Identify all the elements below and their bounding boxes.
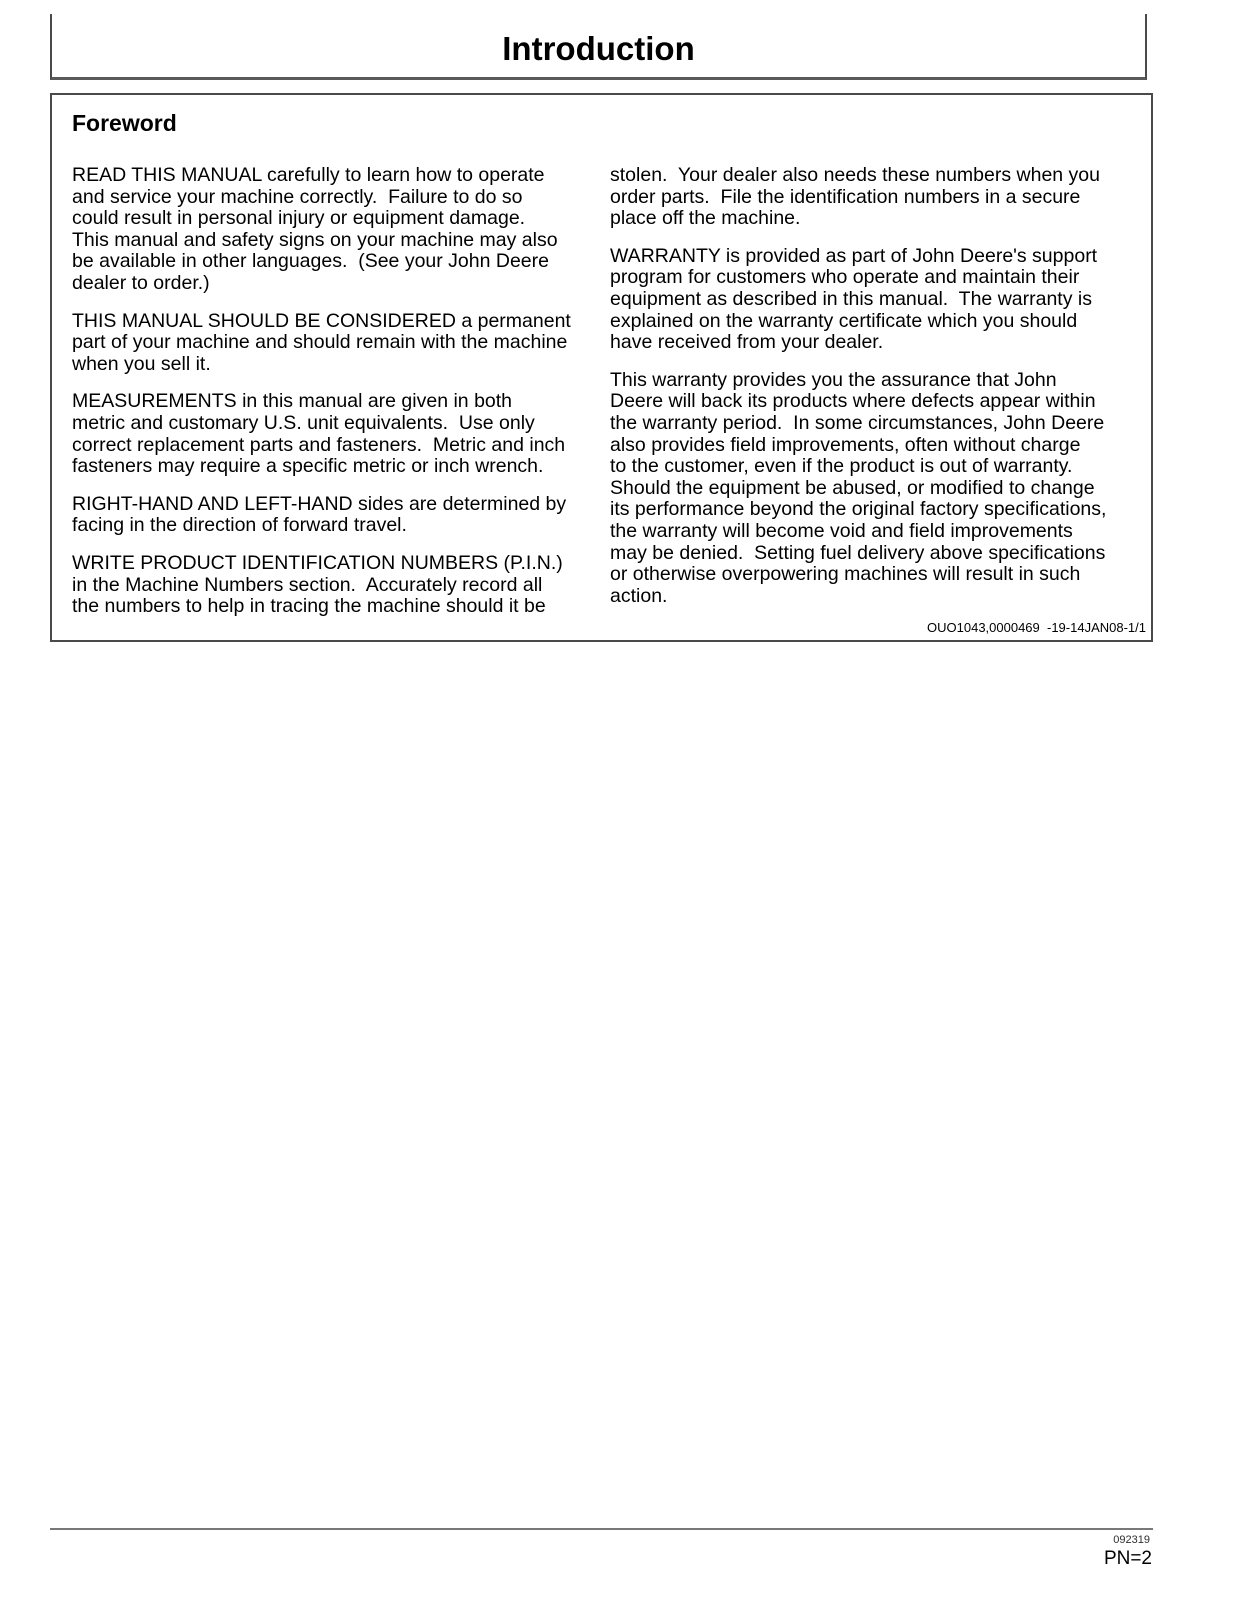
paragraph-measurements: MEASUREMENTS in this manual are given in… [72, 391, 584, 477]
footer-doc-number: 092319 [1113, 1534, 1150, 1546]
two-column-text: READ THIS MANUAL carefully to learn how … [72, 165, 1151, 634]
footer-page-number: PN=2 [1104, 1548, 1152, 1570]
paragraph-manual-permanent-part: THIS MANUAL SHOULD BE CONSIDERED a perma… [72, 311, 584, 376]
paragraph-right-hand-left-hand: RIGHT-HAND AND LEFT-HAND sides are deter… [72, 494, 584, 537]
section-title-box: Introduction [50, 14, 1147, 80]
paragraph-read-this-manual: READ THIS MANUAL carefully to learn how … [72, 165, 584, 295]
right-column: stolen. Your dealer also needs these num… [610, 165, 1122, 634]
manual-page: Introduction Foreword READ THIS MANUAL c… [0, 0, 1236, 1600]
paragraph-pin-continued: stolen. Your dealer also needs these num… [610, 165, 1122, 230]
paragraph-warranty: WARRANTY is provided as part of John Dee… [610, 246, 1122, 354]
reference-code: OUO1043,0000469 -19-14JAN08-1/1 [927, 620, 1146, 635]
paragraph-warranty-assurance: This warranty provides you the assurance… [610, 370, 1122, 608]
foreword-box: Foreword READ THIS MANUAL carefully to l… [50, 93, 1153, 642]
foreword-content: Foreword READ THIS MANUAL carefully to l… [52, 95, 1151, 634]
paragraph-write-pin: WRITE PRODUCT IDENTIFICATION NUMBERS (P.… [72, 553, 584, 618]
page-title: Introduction [502, 23, 694, 68]
foreword-heading: Foreword [72, 110, 1151, 137]
footer-divider [50, 1528, 1153, 1530]
left-column: READ THIS MANUAL carefully to learn how … [72, 165, 584, 634]
